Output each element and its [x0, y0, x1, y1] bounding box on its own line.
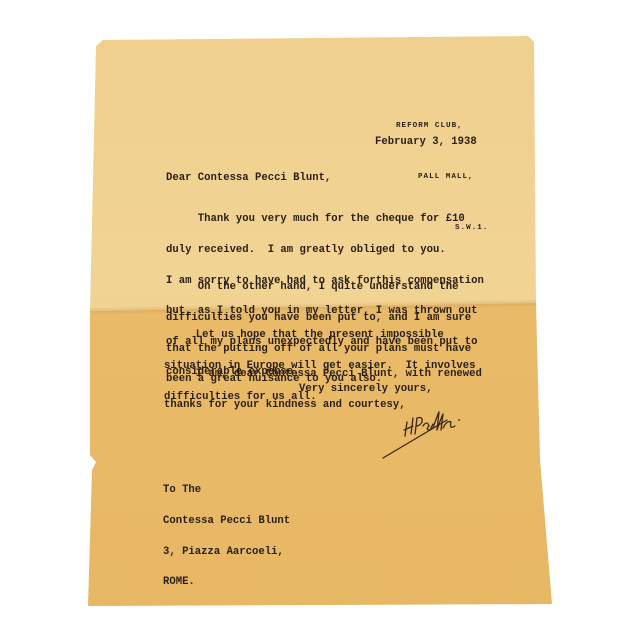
handwritten-signature [375, 400, 485, 470]
letter-date: February 3, 1938 [375, 137, 477, 147]
closing: Very sincerely yours, [299, 384, 433, 394]
paragraph-line: Thank you very much for the cheque for £… [166, 214, 484, 224]
salutation: Dear Contessa Pecci Blunt, [166, 173, 331, 183]
letterhead-line-2: PALL MALL, [396, 169, 488, 186]
letter-photo: REFORM CLUB, PALL MALL, S.W.1. February … [0, 0, 640, 640]
recipient-line-2: Contessa Pecci Blunt [163, 516, 290, 526]
recipient-line-4: ROME. [163, 577, 290, 587]
paragraph-line: Let us hope that the present impossible [164, 330, 476, 340]
paragraph-line: I am, dear Contessa Pecci Blunt, with re… [164, 369, 482, 379]
recipient-line-1: To The [163, 485, 290, 495]
recipient-address: To The Contessa Pecci Blunt 3, Piazza Aa… [163, 465, 290, 608]
letterhead-line-1: REFORM CLUB, [396, 118, 488, 135]
paragraph-line: On the other hand, I quite understand th… [166, 282, 471, 292]
paragraph-line: duly received. I am greatly obliged to y… [166, 245, 484, 255]
recipient-line-3: 3, Piazza Aarcoeli, [163, 547, 290, 557]
